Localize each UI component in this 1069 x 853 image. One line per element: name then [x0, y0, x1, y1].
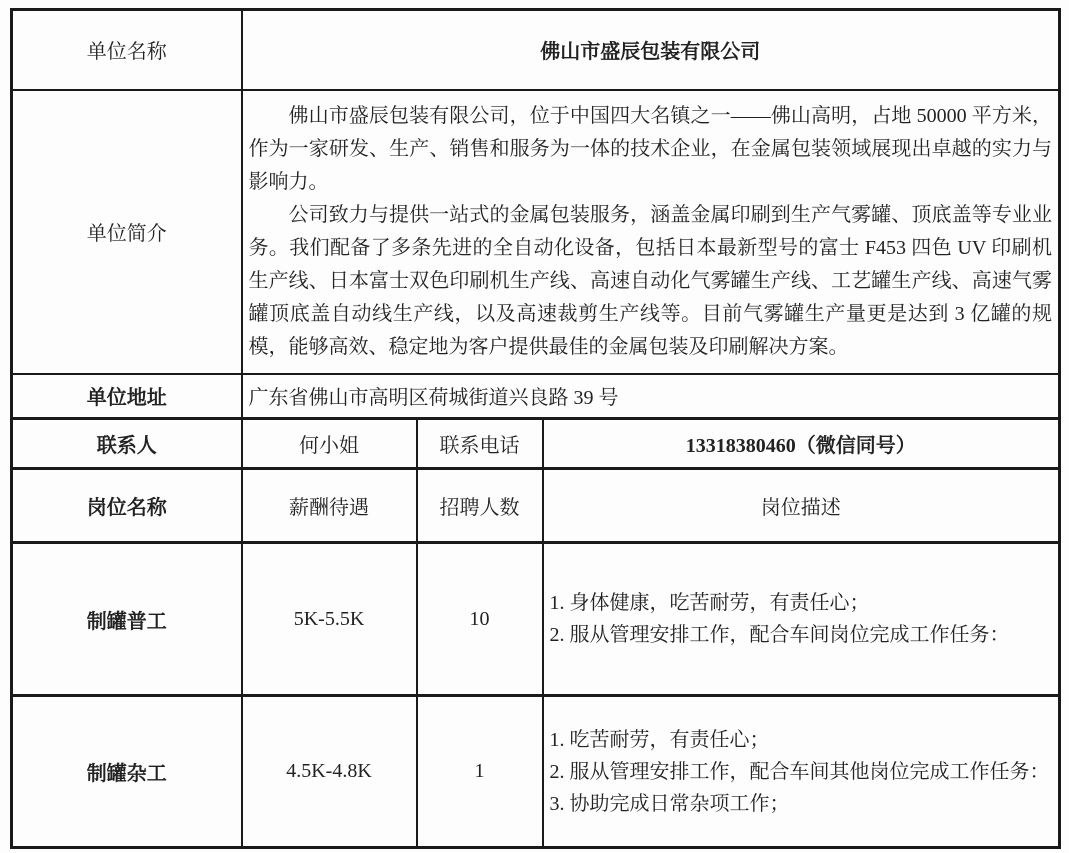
unit-address-label: 单位地址 [12, 374, 242, 419]
contact-name: 何小姐 [242, 419, 417, 469]
table-row-job-2: 制罐杂工 4.5K-4.8K 1 1. 吃苦耐劳，有责任心；2. 服从管理安排工… [12, 696, 1060, 848]
job-1-headcount: 10 [417, 543, 543, 696]
job-2-position: 制罐杂工 [12, 696, 242, 848]
table-row-unit-name: 单位名称 佛山市盛辰包装有限公司 [12, 10, 1060, 90]
job-header-headcount: 招聘人数 [417, 469, 543, 543]
table-row-job-1: 制罐普工 5K-5.5K 10 1. 身体健康，吃苦耐劳，有责任心；2. 服从管… [12, 543, 1060, 696]
job-2-description: 1. 吃苦耐劳，有责任心；2. 服从管理安排工作，配合车间其他岗位完成工作任务：… [543, 696, 1060, 848]
unit-address-value: 广东省佛山市高明区荷城街道兴良路 39 号 [242, 374, 1060, 419]
recruitment-table: 单位名称 佛山市盛辰包装有限公司 单位简介 佛山市盛辰包装有限公司，位于中国四大… [10, 8, 1061, 849]
document-page: 单位名称 佛山市盛辰包装有限公司 单位简介 佛山市盛辰包装有限公司，位于中国四大… [0, 0, 1069, 853]
job-1-salary: 5K-5.5K [242, 543, 417, 696]
job-header-description: 岗位描述 [543, 469, 1060, 543]
phone-value: 13318380460（微信同号） [543, 419, 1060, 469]
contact-label: 联系人 [12, 419, 242, 469]
job-header-salary: 薪酬待遇 [242, 469, 417, 543]
unit-name-label: 单位名称 [12, 10, 242, 90]
unit-intro-text: 佛山市盛辰包装有限公司，位于中国四大名镇之一——佛山高明，占地 50000 平方… [242, 90, 1060, 374]
table-row-unit-address: 单位地址 广东省佛山市高明区荷城街道兴良路 39 号 [12, 374, 1060, 419]
table-row-unit-intro: 单位简介 佛山市盛辰包装有限公司，位于中国四大名镇之一——佛山高明，占地 500… [12, 90, 1060, 374]
phone-label: 联系电话 [417, 419, 543, 469]
unit-intro-label: 单位简介 [12, 90, 242, 374]
table-row-job-header: 岗位名称 薪酬待遇 招聘人数 岗位描述 [12, 469, 1060, 543]
job-2-headcount: 1 [417, 696, 543, 848]
job-1-position: 制罐普工 [12, 543, 242, 696]
job-2-salary: 4.5K-4.8K [242, 696, 417, 848]
table-row-contact: 联系人 何小姐 联系电话 13318380460（微信同号） [12, 419, 1060, 469]
job-header-position: 岗位名称 [12, 469, 242, 543]
job-1-description: 1. 身体健康，吃苦耐劳，有责任心；2. 服从管理安排工作，配合车间岗位完成工作… [543, 543, 1060, 696]
company-name: 佛山市盛辰包装有限公司 [242, 10, 1060, 90]
